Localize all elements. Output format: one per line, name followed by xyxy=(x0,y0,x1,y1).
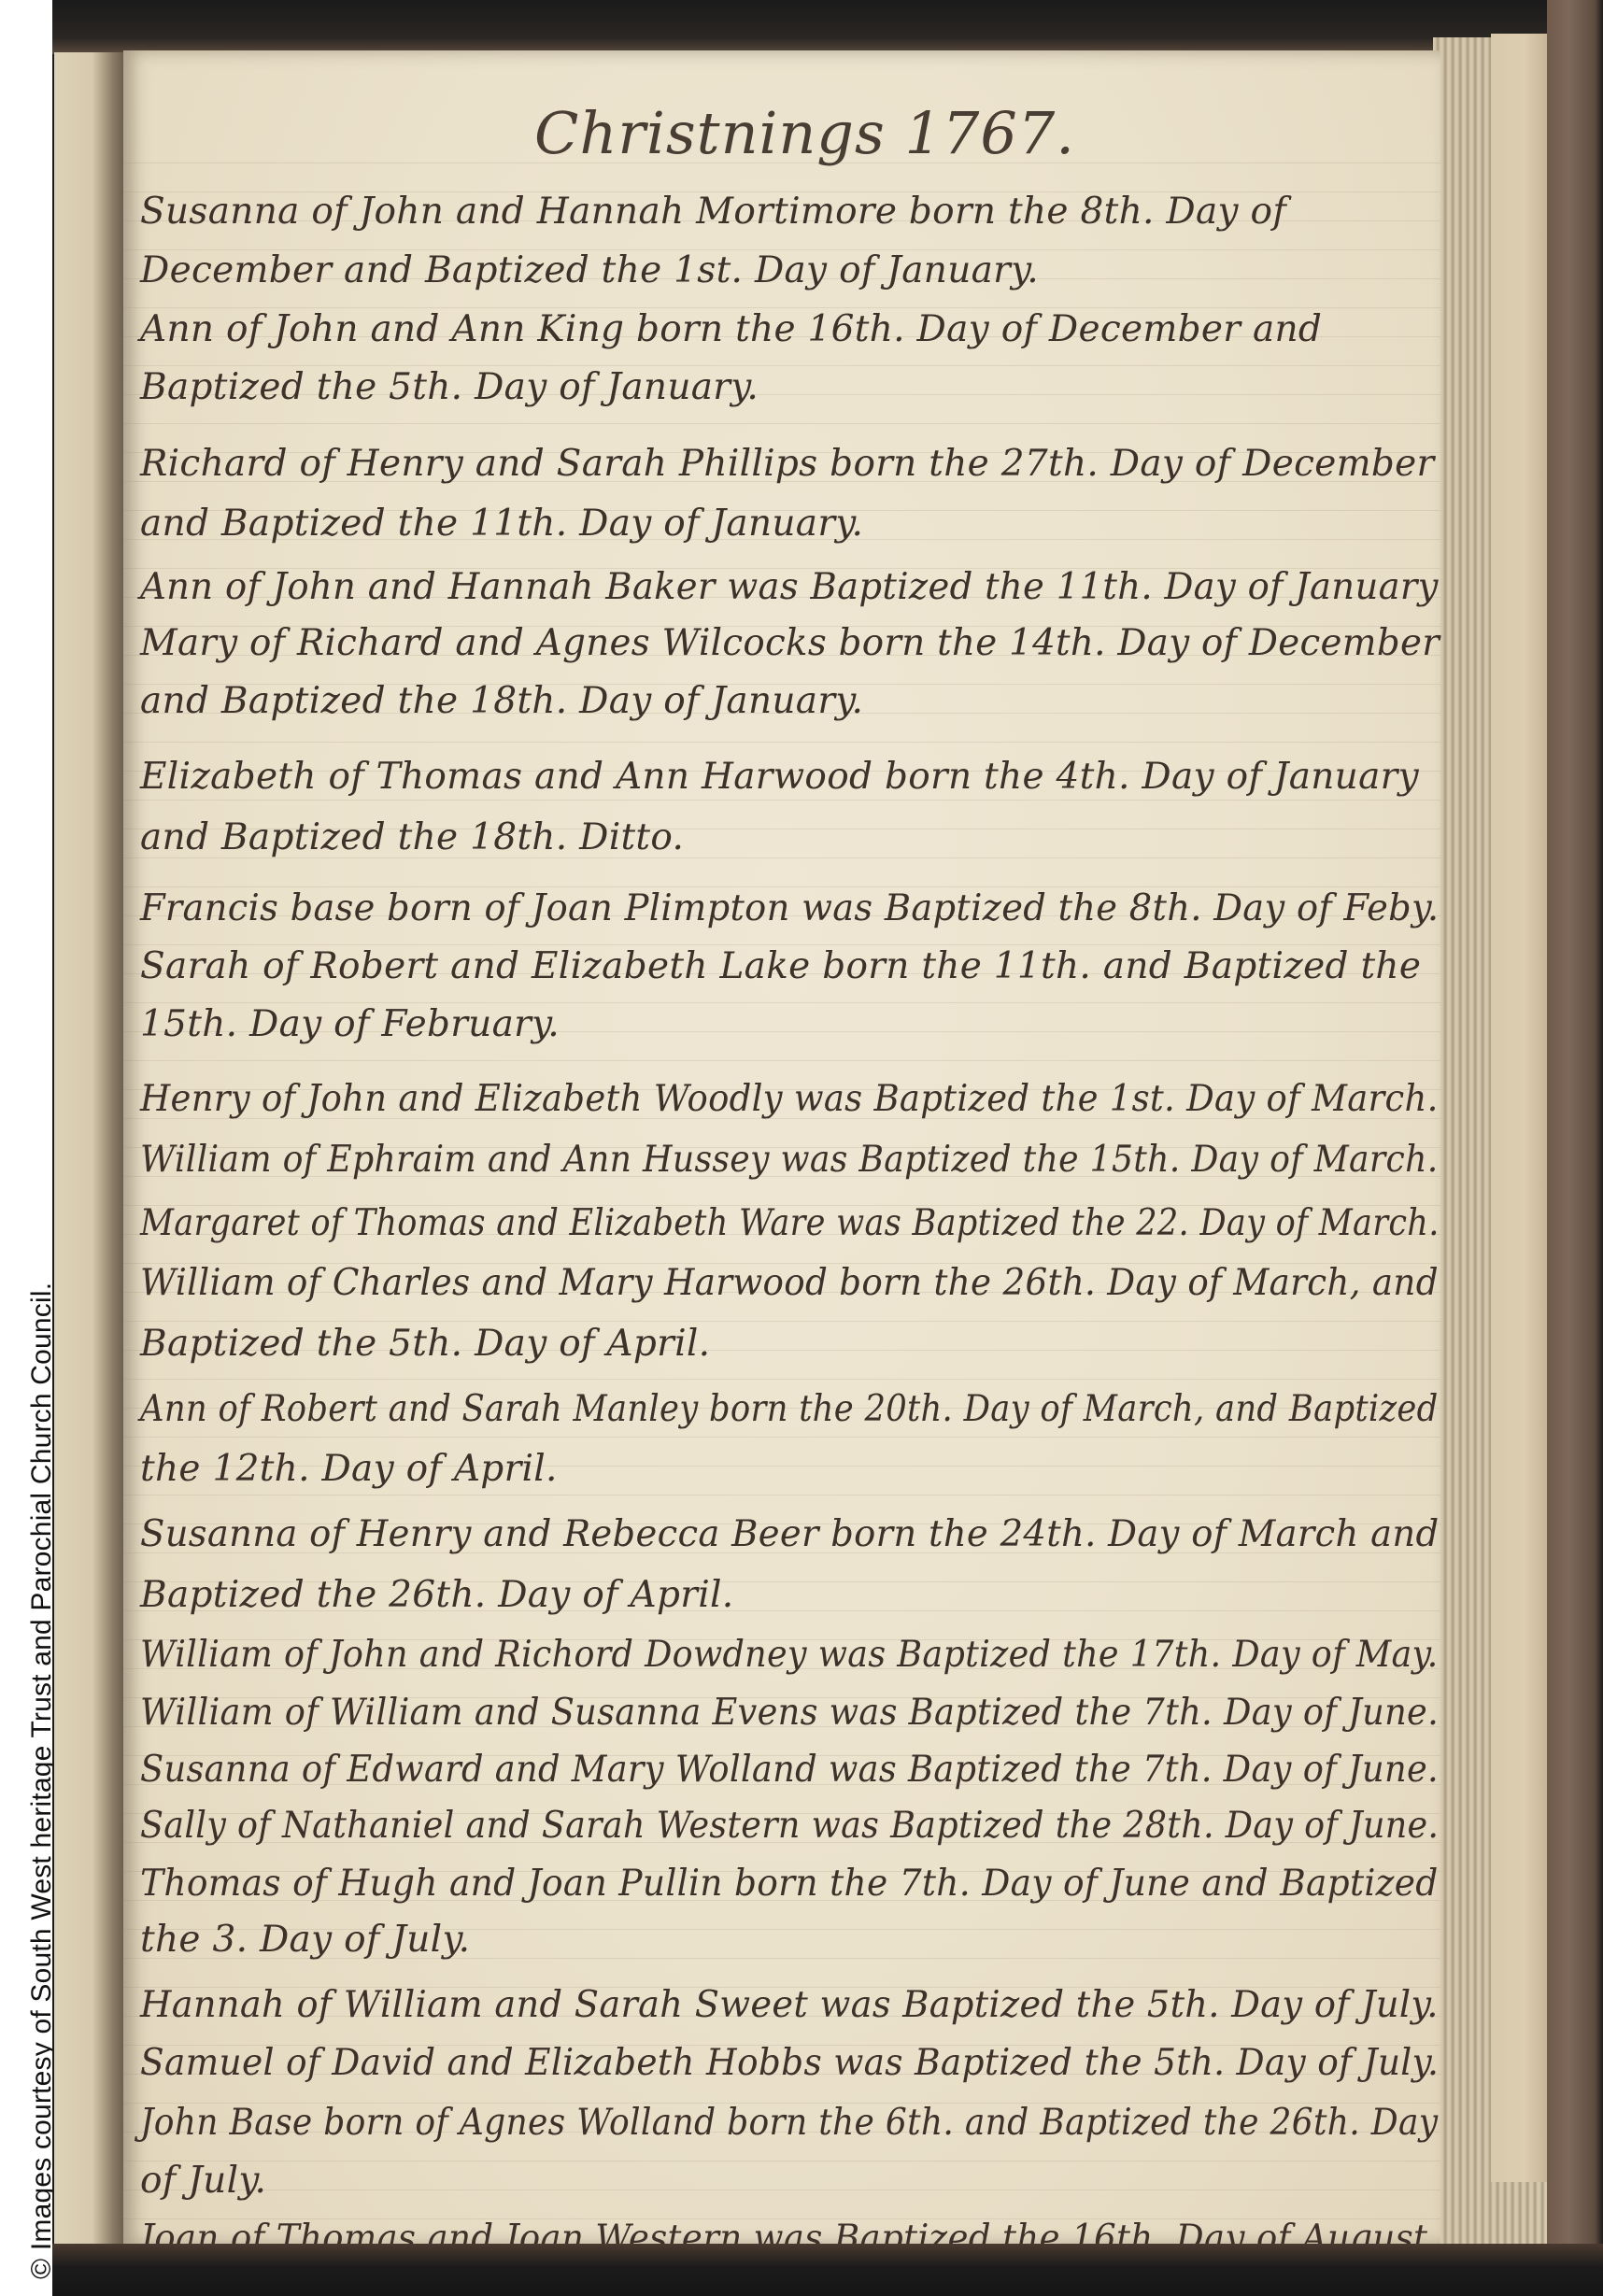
register-line: Ann of Robert and Sarah Manley born the … xyxy=(140,1388,1439,1430)
page-ruling xyxy=(123,423,1440,424)
register-page: Christnings 1767. Susanna of John and Ha… xyxy=(123,50,1440,2251)
register-line: William of William and Susanna Evens was… xyxy=(140,1692,1439,1734)
register-line: December and Baptized the 1st. Day of Ja… xyxy=(140,249,1039,291)
register-line: Samuel of David and Elizabeth Hobbs was … xyxy=(140,2042,1439,2084)
register-line: Baptized the 5th. Day of April. xyxy=(140,1323,710,1365)
register-line: William of Ephraim and Ann Hussey was Ba… xyxy=(140,1139,1439,1181)
page-title: Christnings 1767. xyxy=(534,99,1075,167)
register-line: of July. xyxy=(140,2160,266,2202)
register-line: Francis base born of Joan Plimpton was B… xyxy=(140,887,1439,929)
register-line: Ann of John and Ann King born the 16th. … xyxy=(140,308,1322,350)
page-ruling xyxy=(123,742,1440,743)
page-ruling xyxy=(123,1321,1440,1322)
register-line: Thomas of Hugh and Joan Pullin born the … xyxy=(140,1863,1439,1905)
page-ruling xyxy=(123,1060,1440,1061)
register-line: John Base born of Agnes Wolland born the… xyxy=(140,2102,1438,2144)
register-line: Baptized the 5th. Day of January. xyxy=(140,366,759,408)
book-cover-bottom xyxy=(52,2244,1603,2296)
page-ruling xyxy=(123,1495,1440,1495)
register-line: Ann of John and Hannah Baker was Baptize… xyxy=(140,566,1439,608)
document-frame: © Images courtesy of South West heritage… xyxy=(0,0,1603,2296)
register-line: Susanna of John and Hannah Mortimore bor… xyxy=(140,191,1286,233)
register-book-photo: Christnings 1767. Susanna of John and Ha… xyxy=(52,0,1603,2296)
register-line: and Baptized the 18th. Ditto. xyxy=(140,816,684,858)
page-ruling xyxy=(123,2190,1440,2190)
flyleaf xyxy=(1491,34,1547,2182)
copyright-margin: © Images courtesy of South West heritage… xyxy=(0,0,52,2296)
register-line: William of Charles and Mary Harwood born… xyxy=(140,1262,1439,1304)
register-line: Mary of Richard and Agnes Wilcocks born … xyxy=(140,622,1440,664)
register-line: Margaret of Thomas and Elizabeth Ware wa… xyxy=(140,1202,1440,1244)
register-line: the 12th. Day of April. xyxy=(140,1448,558,1490)
facing-page-edge xyxy=(54,52,123,2247)
register-line: 15th. Day of February. xyxy=(140,1003,560,1045)
register-line: Sarah of Robert and Elizabeth Lake born … xyxy=(140,945,1421,987)
register-line: Susanna of Henry and Rebecca Beer born t… xyxy=(140,1513,1439,1555)
page-ruling xyxy=(123,2161,1440,2161)
register-line: Baptized the 26th. Day of April. xyxy=(140,1574,733,1616)
book-cover-top xyxy=(52,0,1603,54)
register-line: the 3. Day of July. xyxy=(140,1919,470,1961)
register-line: Sally of Nathaniel and Sarah Western was… xyxy=(140,1805,1439,1847)
register-line: William of John and Richord Dowdney was … xyxy=(140,1634,1439,1676)
book-cover-right xyxy=(1547,0,1603,2296)
register-line: Hannah of William and Sarah Sweet was Ba… xyxy=(140,1984,1439,2026)
register-line: Henry of John and Elizabeth Woodly was B… xyxy=(140,1078,1439,1120)
register-line: Richard of Henry and Sarah Phillips born… xyxy=(140,443,1434,485)
register-line: Elizabeth of Thomas and Ann Harwood born… xyxy=(140,756,1419,798)
page-ruling xyxy=(123,1379,1440,1380)
register-line: Susanna of Edward and Mary Wolland was B… xyxy=(140,1749,1439,1791)
page-ruling xyxy=(123,1437,1440,1438)
register-line: and Baptized the 11th. Day of January. xyxy=(140,503,863,545)
page-ruling xyxy=(123,800,1440,801)
register-line: and Baptized the 18th. Day of January. xyxy=(140,680,863,722)
